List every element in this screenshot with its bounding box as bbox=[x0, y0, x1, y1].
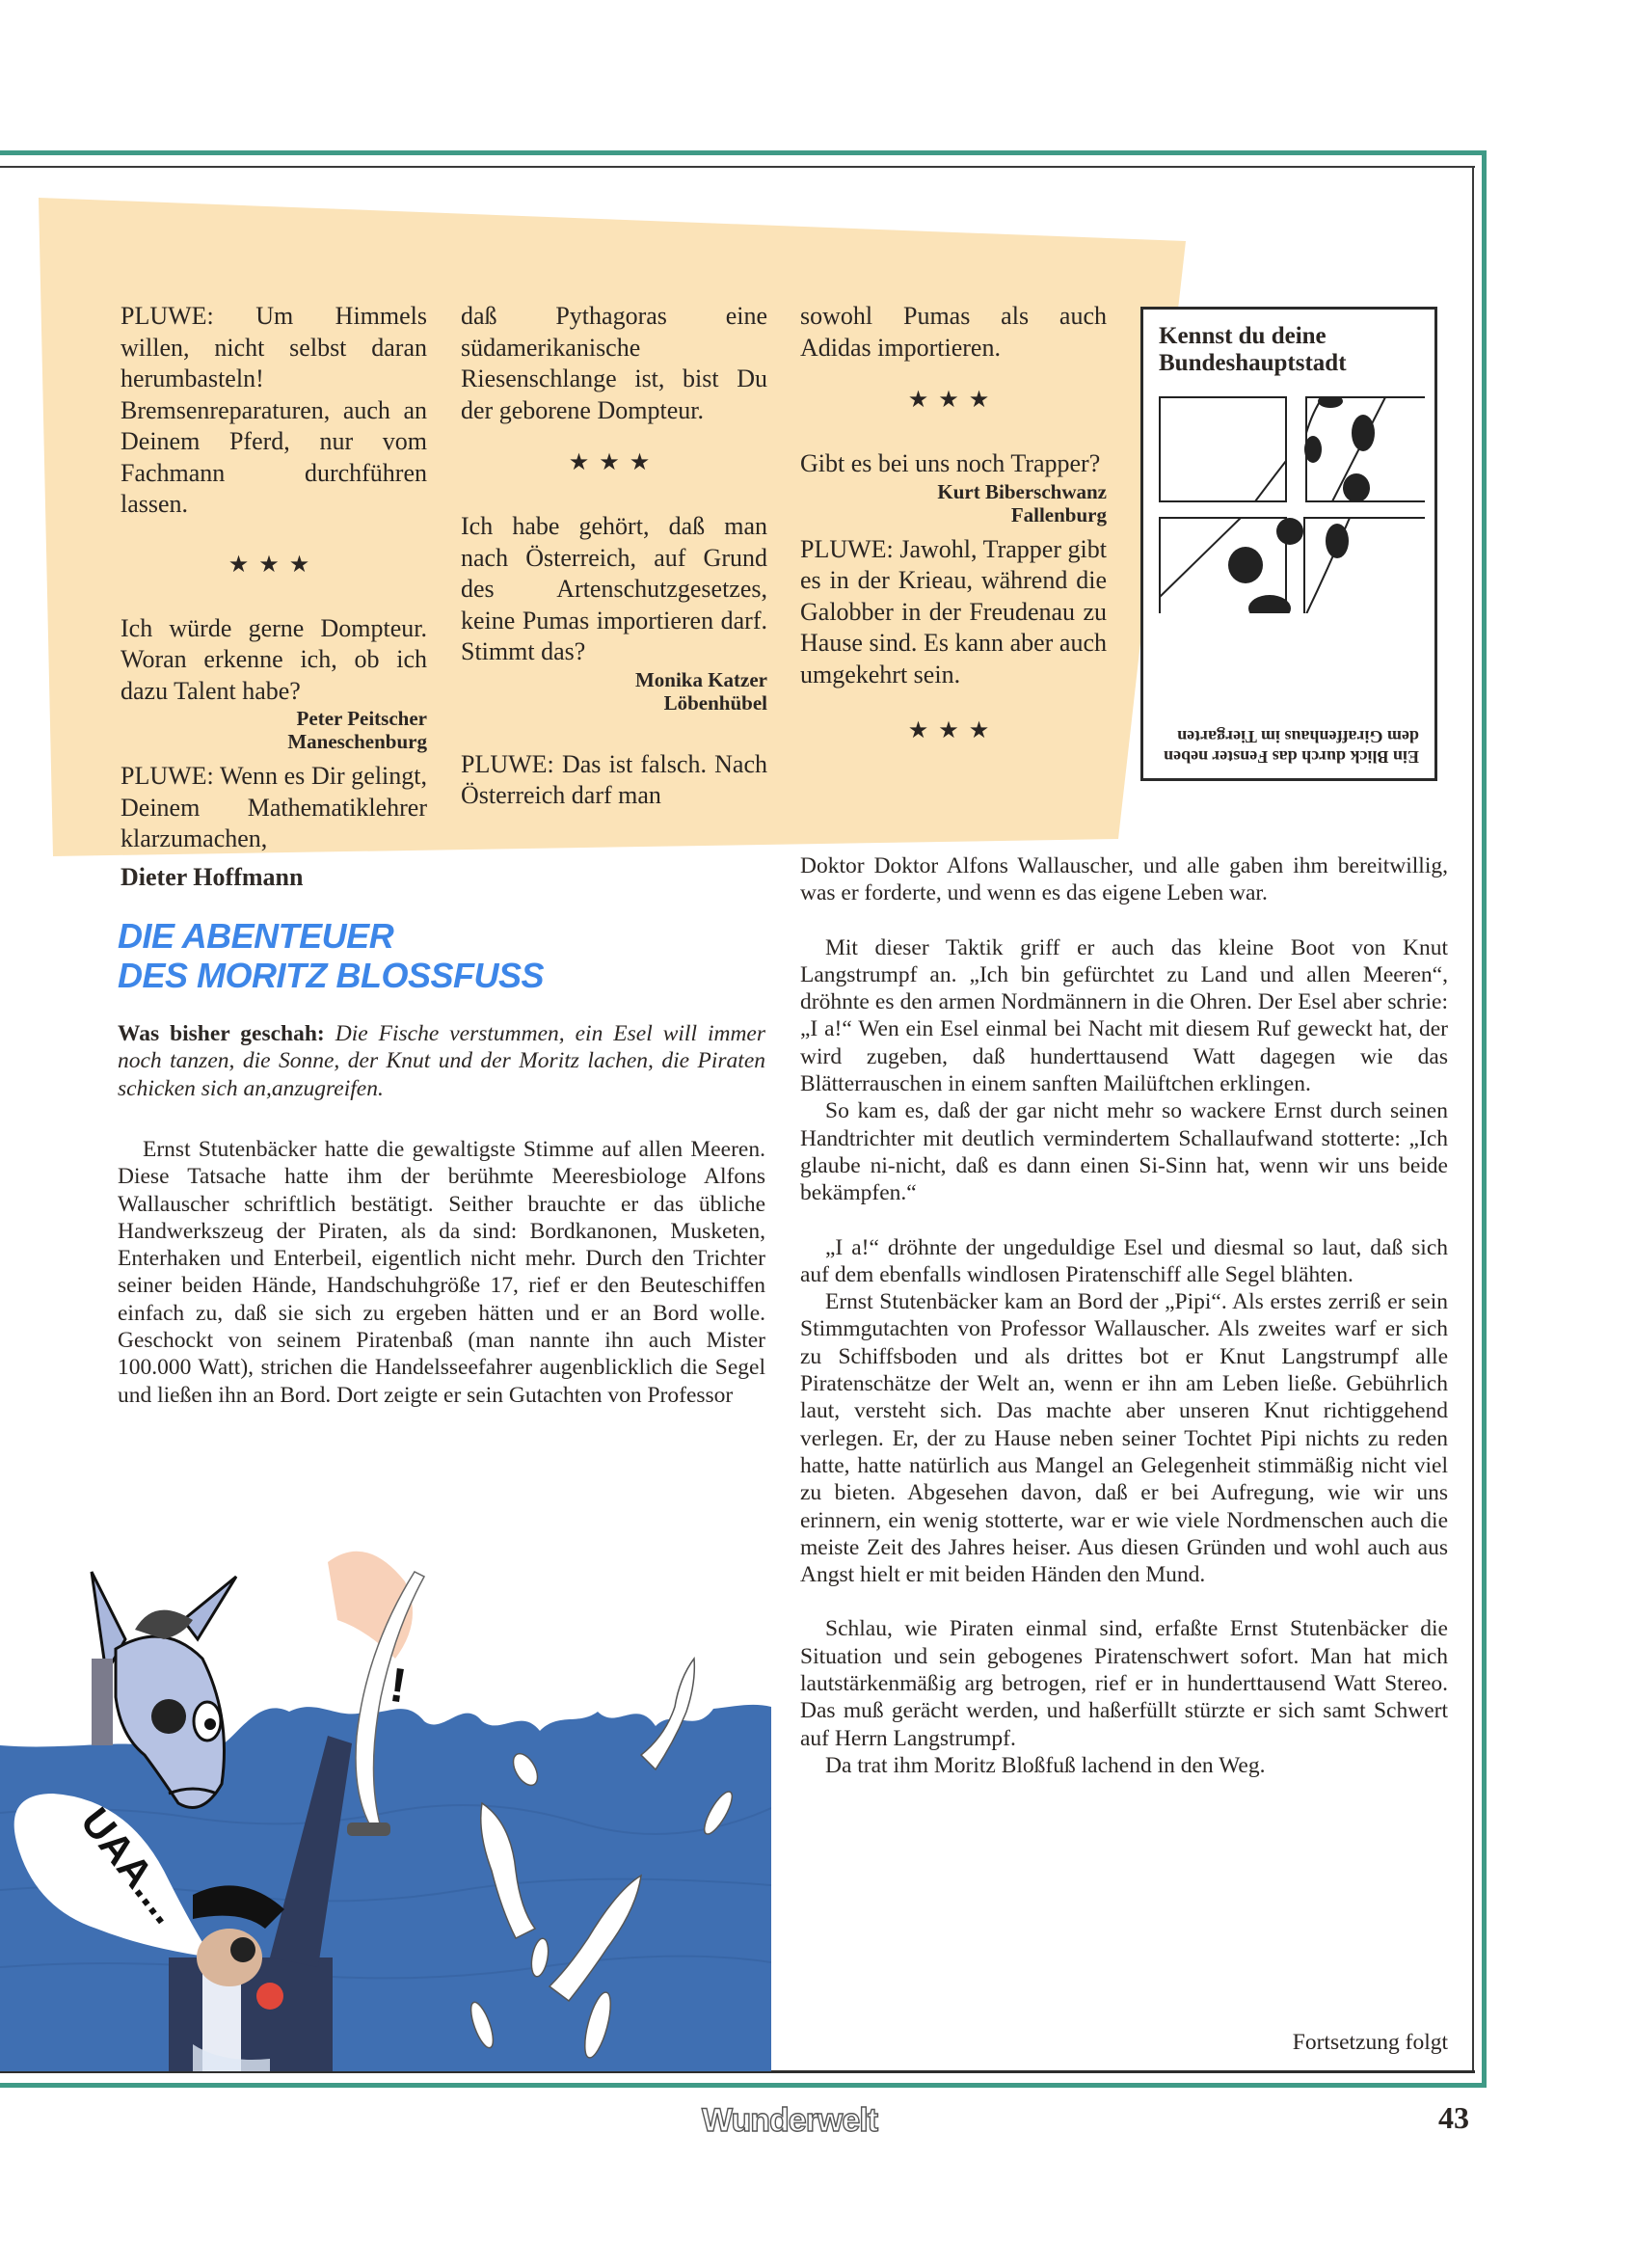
letter-signature-place: Löbenhübel bbox=[461, 691, 767, 715]
letter-signature-name: Monika Katzer bbox=[461, 668, 767, 691]
quiz-box: Kennst du deine Bundeshauptstadt Ein bbox=[1140, 307, 1437, 781]
story-paragraph: So kam es, daß der gar nicht mehr so wac… bbox=[800, 1097, 1448, 1206]
letters-column-1: PLUWE: Um Himmels willen, nicht selbst d… bbox=[121, 301, 427, 855]
separator-stars: ★★★ bbox=[800, 715, 1107, 746]
frame-border-top bbox=[0, 150, 1487, 155]
letter-signature-name: Kurt Biberschwanz bbox=[800, 480, 1107, 503]
story-column-left: Ernst Stutenbäcker hatte die gewaltigste… bbox=[118, 1136, 765, 1409]
continued-note: Fortsetzung folgt bbox=[1060, 2030, 1448, 2056]
magazine-logo: Wunderwelt bbox=[702, 2102, 877, 2140]
letter-answer: PLUWE: Jawohl, Trapper gibt es in der Kr… bbox=[800, 534, 1107, 691]
story-paragraph: Schlau, wie Piraten einmal sind, erfaßte… bbox=[800, 1615, 1448, 1751]
letter-answer: PLUWE: Um Himmels willen, nicht selbst d… bbox=[121, 301, 427, 521]
quiz-answer-upside-down: Ein Blick durch das Fenster neben dem Gi… bbox=[1159, 726, 1419, 767]
giraffe-window-puzzle-illustration bbox=[1159, 396, 1425, 613]
summary-label: Was bisher geschah: bbox=[118, 1021, 325, 1046]
story-title-line-2: DES MORITZ BLOSSFUSS bbox=[118, 956, 544, 995]
story-summary: Was bisher geschah: Die Fische verstumme… bbox=[118, 1020, 765, 1102]
frame-border-bottom bbox=[0, 2083, 1487, 2088]
quiz-title-line-1: Kennst du deine bbox=[1159, 323, 1347, 350]
letter-signature-place: Maneschenburg bbox=[121, 730, 427, 753]
story-paragraph: Ernst Stutenbäcker hatte die gewaltigste… bbox=[118, 1136, 765, 1409]
letters-column-2: daß Pythagoras eine südamerikanische Rie… bbox=[461, 301, 767, 812]
frame-inner-line-right bbox=[1472, 166, 1474, 2073]
exclamation-mark: ! bbox=[387, 1658, 410, 1714]
letter-question: Ich würde gerne Dompteur. Woran erkenne … bbox=[121, 613, 427, 708]
separator-stars: ★★★ bbox=[800, 385, 1107, 416]
letter-signature-name: Peter Peitscher bbox=[121, 707, 427, 730]
letter-answer: PLUWE: Das ist falsch. Nach Österreich d… bbox=[461, 749, 767, 812]
pirate-donkey-illustration: ! UAA.... bbox=[0, 1504, 771, 2071]
letter-answer-continued: daß Pythagoras eine südamerikanische Rie… bbox=[461, 301, 767, 426]
letter-signature-place: Fallenburg bbox=[800, 503, 1107, 526]
quiz-title: Kennst du deine Bundeshauptstadt bbox=[1159, 323, 1347, 377]
letter-question: Gibt es bei uns noch Trapper? bbox=[800, 448, 1107, 480]
story-title: DIE ABENTEUER DES MORITZ BLOSSFUSS bbox=[118, 916, 544, 995]
separator-stars: ★★★ bbox=[461, 447, 767, 478]
story-author: Dieter Hoffmann bbox=[121, 863, 303, 892]
story-paragraph: Doktor Doktor Alfons Wallauscher, und al… bbox=[800, 852, 1448, 907]
story-paragraph: Mit dieser Taktik griff er auch das klei… bbox=[800, 934, 1448, 1098]
separator-stars: ★★★ bbox=[121, 550, 427, 580]
letter-answer-continued: sowohl Pumas als auch Adidas importieren… bbox=[800, 301, 1107, 364]
frame-inner-line-top bbox=[0, 166, 1475, 168]
story-title-line-1: DIE ABENTEUER bbox=[118, 916, 544, 956]
story-paragraph: Da trat ihm Moritz Bloßfuß lachend in de… bbox=[800, 1752, 1448, 1779]
frame-border-right bbox=[1482, 150, 1487, 2088]
story-paragraph: „I a!“ dröhnte der ungeduldige Esel und … bbox=[800, 1234, 1448, 1289]
page-number: 43 bbox=[1438, 2100, 1469, 2136]
story-paragraph: Ernst Stutenbäcker kam an Bord der „Pipi… bbox=[800, 1288, 1448, 1588]
letters-column-3: sowohl Pumas als auch Adidas importieren… bbox=[800, 301, 1107, 746]
quiz-title-line-2: Bundeshauptstadt bbox=[1159, 350, 1347, 377]
letter-question: Ich habe gehört, daß man nach Österreich… bbox=[461, 511, 767, 668]
story-column-right: Doktor Doktor Alfons Wallauscher, und al… bbox=[800, 852, 1448, 1779]
letter-answer: PLUWE: Wenn es Dir gelingt, Deinem Mathe… bbox=[121, 761, 427, 855]
